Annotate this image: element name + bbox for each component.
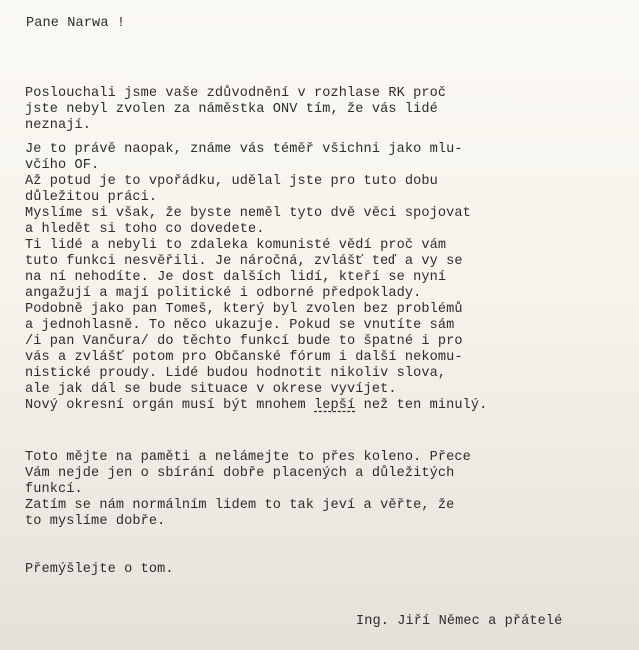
text-line: ale jak dál se bude situace v okrese vyv… <box>25 382 397 398</box>
text-line: Zatím se nám normálním lidem to tak jeví… <box>25 498 454 514</box>
text-line: /i pan Vančura/ do těchto funkcí bude to… <box>25 334 463 350</box>
text-line: vás a zvlášť potom pro Občanské fórum i … <box>25 350 463 366</box>
text-line: Toto mějte na paměti a nelámejte to přes… <box>25 450 471 466</box>
text-line: tuto funkci nesvěřili. Je náročná, zvláš… <box>25 254 463 270</box>
text-line: neznají. <box>25 118 91 134</box>
text-line: Poslouchali jsme vaše zdůvodnění v rozhl… <box>25 86 446 102</box>
text-line: nistické proudy. Lidé budou hodnotit nik… <box>25 366 446 382</box>
text-line: jste nebyl zvolen za náměstka ONV tím, ž… <box>25 102 438 118</box>
text-line: Myslíme si však, že byste neměl tyto dvě… <box>25 206 471 222</box>
letter-signature: Ing. Jiří Němec a přátelé <box>356 614 562 630</box>
text-line: a hledět si toho co dovedete. <box>25 222 264 238</box>
underlined-word: lepší <box>314 398 355 413</box>
text-segment: než ten minulý. <box>355 398 487 413</box>
text-line: Až potud je to vpořádku, udělal jste pro… <box>25 174 438 190</box>
text-line: Ti lidé a nebyli to zdaleka komunisté vě… <box>25 238 446 254</box>
text-line: Je to právě naopak, známe vás téměř všic… <box>25 142 463 158</box>
text-line-with-emphasis: Nový okresní orgán musí být mnohem lepší… <box>25 398 487 414</box>
typewritten-letter: Pane Narwa ! Poslouchali jsme vaše zdůvo… <box>0 0 639 650</box>
letter-greeting: Pane Narwa ! <box>26 16 125 32</box>
text-line: na ní nehodíte. Je dost dalších lidí, kt… <box>25 270 446 286</box>
text-segment: Nový okresní orgán musí být mnohem <box>25 398 314 413</box>
text-line: angažují a mají politické i odborné před… <box>25 286 421 302</box>
text-line: Podobně jako pan Tomeš, který byl zvolen… <box>25 302 463 318</box>
text-line: to myslíme dobře. <box>25 514 165 530</box>
text-line: včího OF. <box>25 158 99 174</box>
letter-closing: Přemýšlejte o tom. <box>25 562 174 578</box>
text-line: a jednohlasně. To něco ukazuje. Pokud se… <box>25 318 454 334</box>
text-line: důležitou práci. <box>25 190 157 206</box>
text-line: funkcí. <box>25 482 83 498</box>
text-line: Vám nejde jen o sbírání dobře placených … <box>25 466 454 482</box>
